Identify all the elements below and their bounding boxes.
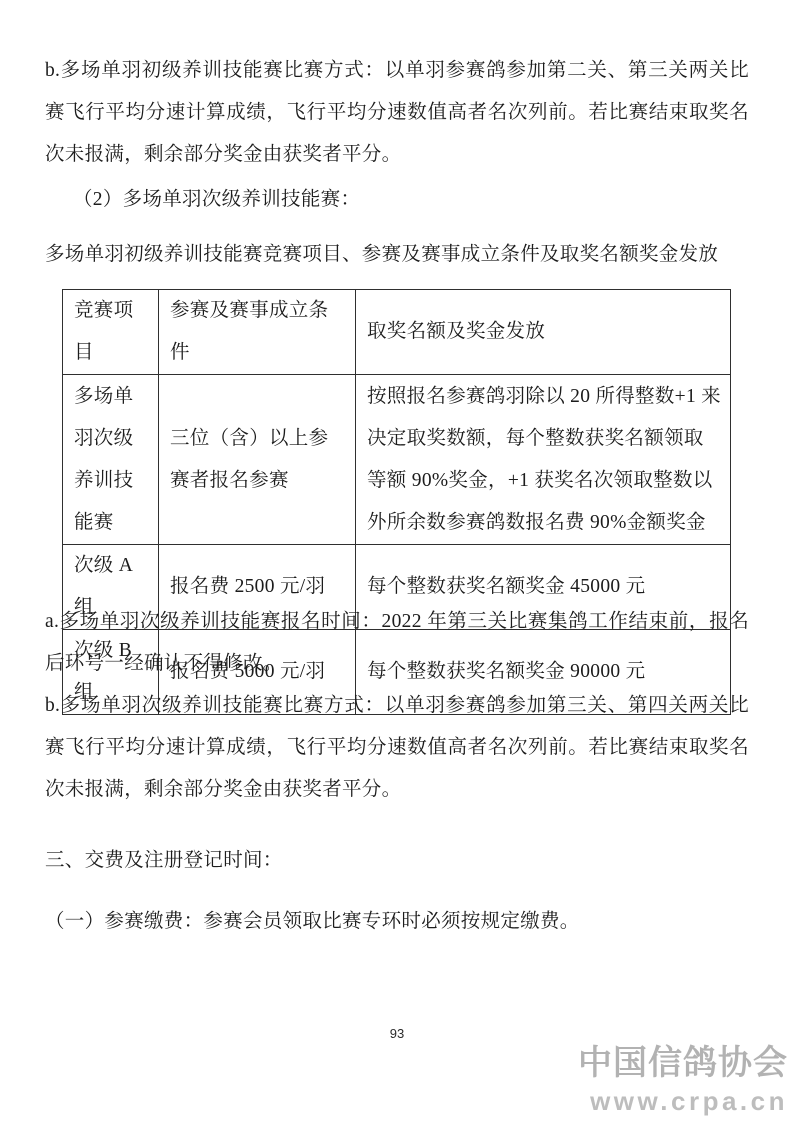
table-row: 多场单羽次级养训技能赛 三位（含）以上参赛者报名参赛 按照报名参赛鸽羽除以 20… (63, 375, 731, 545)
table-header-row: 竞赛项目 参赛及赛事成立条件 取奖名额及奖金发放 (63, 290, 731, 375)
item-1-fee-text: （一）参赛缴费：参赛会员领取比赛专环时必须按规定缴费。 (45, 901, 749, 943)
item-2-heading: （2）多场单羽次级养训技能赛： (45, 179, 749, 221)
table-caption: 多场单羽初级养训技能赛竞赛项目、参赛及赛事成立条件及取奖名额奖金发放 (45, 234, 749, 276)
header-cell-prize: 取奖名额及奖金发放 (356, 290, 731, 375)
document-page: b.多场单羽初级养训技能赛比赛方式：以单羽参赛鸽参加第二关、第三关两关比赛飞行平… (0, 0, 794, 1123)
paragraph-secondary-signup: a.多场单羽次级养训技能赛报名时间：2022 年第三关比赛集鸽工作结束前，报名后… (45, 601, 749, 685)
section-3-heading: 三、交费及注册登记时间： (45, 840, 749, 882)
cell-event-name: 多场单羽次级养训技能赛 (63, 375, 159, 545)
paragraph-secondary-race-method: b.多场单羽次级养训技能赛比赛方式：以单羽参赛鸽参加第三关、第四关两关比赛飞行平… (45, 685, 749, 811)
header-cell-event: 竞赛项目 (63, 290, 159, 375)
paragraph-initial-race-method: b.多场单羽初级养训技能赛比赛方式：以单羽参赛鸽参加第二关、第三关两关比赛飞行平… (45, 50, 749, 176)
watermark-url-text: www.crpa.cn (578, 1088, 788, 1114)
watermark: 中国信鸽协会 www.crpa.cn (578, 1046, 788, 1114)
cell-prize-rule: 按照报名参赛鸽羽除以 20 所得整数+1 来决定取奖数额，每个整数获奖名额领取等… (356, 375, 731, 545)
cell-entry-condition: 三位（含）以上参赛者报名参赛 (159, 375, 356, 545)
header-cell-conditions: 参赛及赛事成立条件 (159, 290, 356, 375)
page-number: 93 (0, 1026, 794, 1041)
watermark-brand-text: 中国信鸽协会 (578, 1046, 788, 1080)
